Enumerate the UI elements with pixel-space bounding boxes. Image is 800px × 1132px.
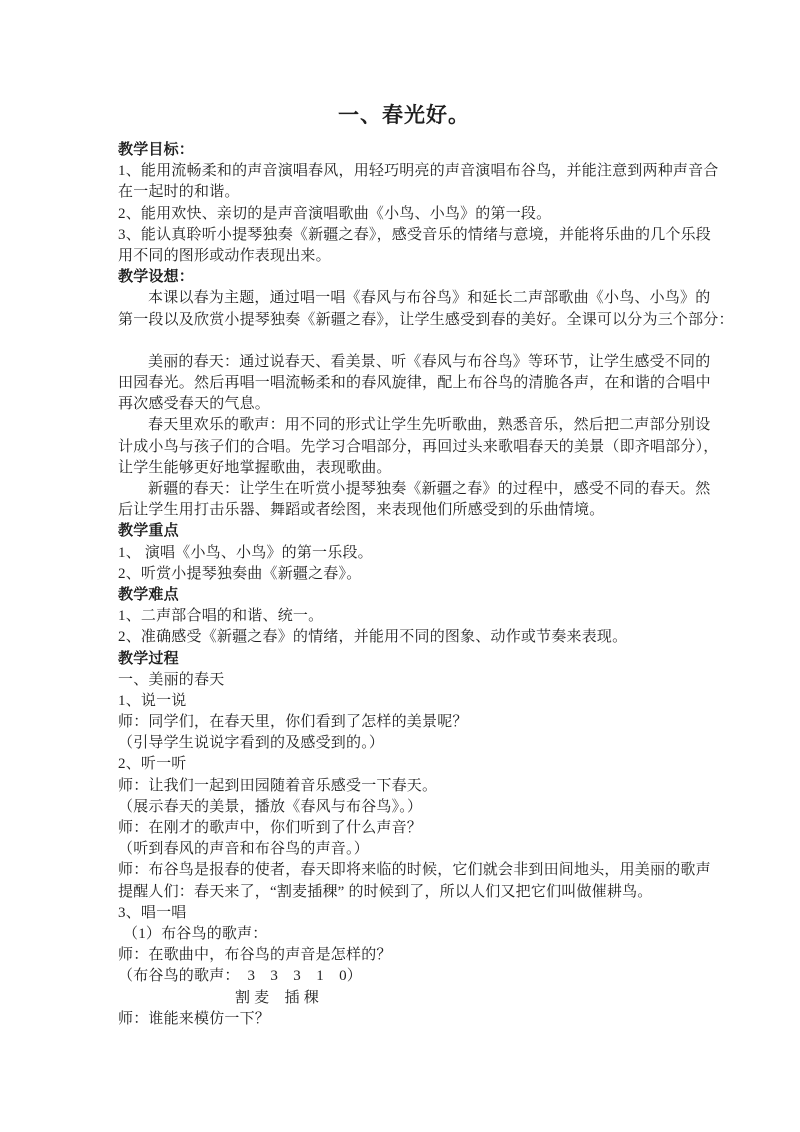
- section-heading-line: 教学过程: [118, 649, 696, 670]
- text-line: （1）布谷鸟的歌声：: [118, 924, 696, 945]
- section-heading-line: 教学重点: [118, 521, 696, 542]
- text-line: 师：让我们一起到田园随着音乐感受一下春天。: [118, 776, 696, 797]
- blank-line: [118, 331, 696, 352]
- text-line: 一、美丽的春天: [118, 670, 696, 691]
- text-line: （展示春天的美景，播放《春风与布谷鸟》。）: [118, 797, 696, 818]
- text-line: 1、说一说: [118, 691, 696, 712]
- text-line: 1、 演唱《小鸟、小鸟》的第一乐段。: [118, 543, 696, 564]
- text-line: 2、听一听: [118, 754, 696, 775]
- text-line: 师：谁能来模仿一下？: [118, 1009, 696, 1030]
- document-body: 教学目标：1、能用流畅柔和的声音演唱春风，用轻巧明亮的声音演唱布谷鸟，并能注意到…: [118, 140, 696, 1030]
- section-heading-line: 教学设想：: [118, 267, 696, 288]
- text-line: 师：在刚才的歌声中，你们听到了什么声音？: [118, 818, 696, 839]
- section-heading-line: 教学难点: [118, 585, 696, 606]
- text-line: 1、能用流畅柔和的声音演唱春风，用轻巧明亮的声音演唱布谷鸟，并能注意到两种声音合: [118, 161, 696, 182]
- notation-line: （布谷鸟的歌声： 3 3 3 1 0）: [118, 966, 696, 987]
- text-line: 本课以春为主题，通过唱一唱《春风与布谷鸟》和延长二声部歌曲《小鸟、小鸟》的: [118, 288, 696, 309]
- text-line: 师：在歌曲中，布谷鸟的声音是怎样的？: [118, 945, 696, 966]
- text-line: 师：同学们，在春天里，你们看到了怎样的美景呢？: [118, 712, 696, 733]
- text-line: 3、唱一唱: [118, 903, 696, 924]
- text-line: 在一起时的和谐。: [118, 182, 696, 203]
- text-line: 美丽的春天：通过说春天、看美景、听《春风与布谷鸟》等环节，让学生感受不同的: [118, 352, 696, 373]
- document-page: 一、春光好。 教学目标：1、能用流畅柔和的声音演唱春风，用轻巧明亮的声音演唱布谷…: [0, 0, 800, 1132]
- text-line: 2、能用欢快、亲切的是声音演唱歌曲《小鸟、小鸟》的第一段。: [118, 204, 696, 225]
- text-line: 3、能认真聆听小提琴独奏《新疆之春》，感受音乐的情绪与意境，并能将乐曲的几个乐段: [118, 225, 696, 246]
- text-line: 第一段以及欣赏小提琴独奏《新疆之春》，让学生感受到春的美好。全课可以分为三个部分…: [118, 310, 696, 331]
- text-line: （听到春风的声音和布谷鸟的声音。）: [118, 839, 696, 860]
- document-title: 一、春光好。: [118, 102, 690, 129]
- text-line: 让学生能够更好地掌握歌曲，表现歌曲。: [118, 458, 696, 479]
- text-line: 新疆的春天：让学生在听赏小提琴独奏《新疆之春》的过程中，感受不同的春天。然: [118, 479, 696, 500]
- text-line: 师：布谷鸟是报春的使者，春天即将来临的时候，它们就会非到田间地头，用美丽的歌声: [118, 860, 696, 881]
- text-line: 田园春光。然后再唱一唱流畅柔和的春风旋律，配上布谷鸟的清脆各声，在和谐的合唱中: [118, 373, 696, 394]
- text-line: 再次感受春天的气息。: [118, 394, 696, 415]
- text-line: 春天里欢乐的歌声：用不同的形式让学生先听歌曲，熟悉音乐，然后把二声部分别设: [118, 415, 696, 436]
- text-line: 计成小鸟与孩子们的合唱。先学习合唱部分，再回过头来歌唱春天的美景（即齐唱部分），: [118, 437, 696, 458]
- text-line: 2、听赏小提琴独奏曲《新疆之春》。: [118, 564, 696, 585]
- section-heading-line: 教学目标：: [118, 140, 696, 161]
- text-line: 1、二声部合唱的和谐、统一。: [118, 606, 696, 627]
- lyrics-line: 割 麦 插 稞: [118, 988, 696, 1009]
- text-line: 提醒人们：春天来了，“割麦插稞” 的时候到了，所以人们又把它们叫做催耕鸟。: [118, 882, 696, 903]
- text-line: （引导学生说说字看到的及感受到的。）: [118, 733, 696, 754]
- text-line: 用不同的图形或动作表现出来。: [118, 246, 696, 267]
- text-line: 2、准确感受《新疆之春》的情绪，并能用不同的图象、动作或节奏来表现。: [118, 627, 696, 648]
- text-line: 后让学生用打击乐器、舞蹈或者绘图，来表现他们所感受到的乐曲情境。: [118, 500, 696, 521]
